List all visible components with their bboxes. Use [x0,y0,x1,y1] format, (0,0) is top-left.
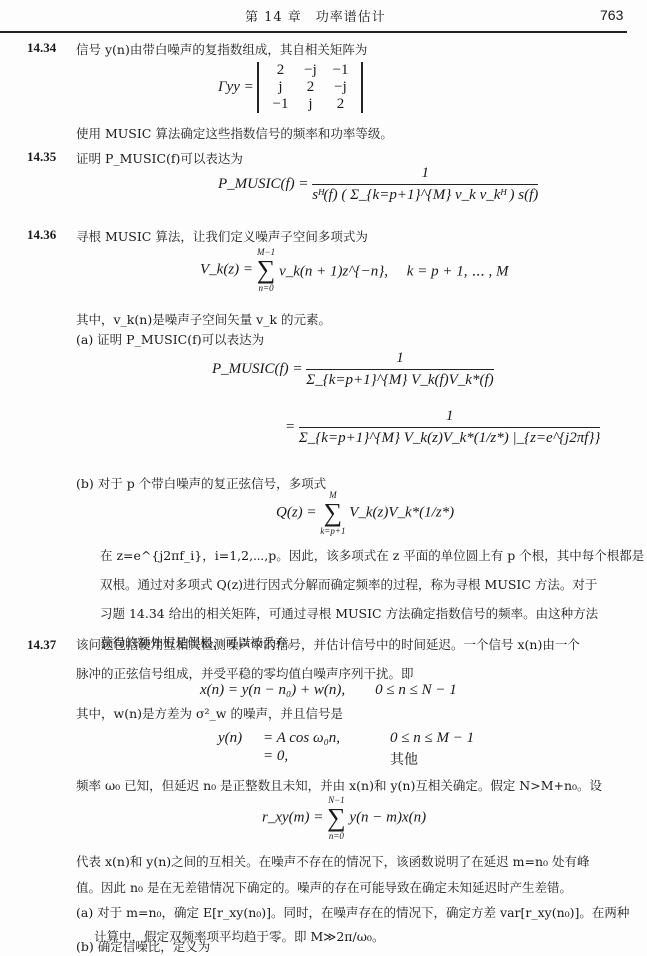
problem-number: 14.34 [27,40,56,56]
y-def-line1: = A cos ω₀n, [263,730,340,747]
book-page: 第 14 章 功率谱估计 763 14.34 信号 y(n)由带白噪声的复指数组… [0,0,647,956]
q-polynomial-equation: Q(z) = M ∑ k=p+1 V_k(z)V_k*(1/z*) [276,490,454,536]
denominator: sᴴ(f) ( Σ_{k=p+1}^{M} v_k v_kᴴ ) s(f) [312,185,538,204]
header-rule [0,31,627,33]
page-header: 第 14 章 功率谱估计 763 [0,4,647,28]
matrix-cell: j [295,96,325,113]
problem-text: 寻根 MUSIC 算法，让我们定义噪声子空间多项式为 [76,227,368,245]
equation-lhs: P_MUSIC(f) = [218,176,309,192]
denominator: Σ_{k=p+1}^{M} V_k(z)V_k*(1/z*) |_{z=e^{j… [299,428,601,447]
y-def-lhs: y(n) [218,730,242,747]
signal-equation: x(n) = y(n − n₀) + w(n), 0 ≤ n ≤ N − 1 [200,678,457,699]
matrix-cell: −j [325,79,355,96]
y-def-line2: = 0, [263,748,288,765]
matrix-cell: 2 [265,62,295,79]
sigma-icon: ∑ [327,803,346,832]
sigma-icon: ∑ [324,498,343,527]
equation-body: v_k(n + 1)z^{−n}, k = p + 1, ⋯ , M [279,264,508,280]
equation-body: y(n − m)x(n) [349,810,426,826]
paragraph-line: 习题 14.34 给出的相关矩阵，可通过寻根 MUSIC 方法确定指数信号的频率… [100,599,644,628]
problem-text: 频率 ω₀ 已知，但延迟 n₀ 是正整数且未知，并由 x(n)和 y(n)互相关… [76,776,602,794]
summation: M ∑ k=p+1 [320,490,345,536]
fraction: 1 sᴴ(f) ( Σ_{k=p+1}^{M} v_k v_kᴴ ) s(f) [312,165,538,204]
sum-lower: n=0 [327,831,346,841]
paragraph-line: 双根。通过对多项式 Q(z)进行因式分解而确定频率的过程，称为寻根 MUSIC … [100,570,644,599]
matrix-cell: −1 [265,96,295,113]
paragraph-line: (a) 对于 m=n₀，确定 E[r_xy(n₀)]。同时，在噪声存在的情况下，… [76,901,629,925]
equation-lhs: Q(z) = [276,505,317,521]
matrix-cell: j [265,79,295,96]
equation-lhs: P_MUSIC(f) = [212,361,303,377]
explanation-paragraph: 代表 x(n)和 y(n)之间的互相关。在噪声不存在的情况下，该函数说明了在延迟… [76,849,590,901]
matrix-cell: 2 [325,96,355,113]
problem-text: 其中，w(n)是方差为 σ²_w 的噪声，并且信号是 [76,704,343,722]
matrix-cell: −j [295,62,325,79]
chapter-title: 第 14 章 功率谱估计 [245,6,386,25]
problem-number: 14.36 [27,227,56,243]
numerator: 1 [306,350,493,370]
equation-body: V_k(z)V_k*(1/z*) [349,505,454,521]
fraction: 1 Σ_{k=p+1}^{M} V_k(f)V_k*(f) [306,350,493,389]
summation: N−1 ∑ n=0 [327,795,346,841]
summation: M−1 ∑ n=0 [257,247,276,293]
numerator: 1 [312,165,538,185]
part-b: (b) 确定信噪比，定义为 [76,937,210,955]
sum-lower: n=0 [257,283,276,293]
pmusic-equation: P_MUSIC(f) = 1 sᴴ(f) ( Σ_{k=p+1}^{M} v_k… [218,165,538,204]
matrix-label: Γyy = [218,79,254,95]
equation-lhs: V_k(z) = [200,262,253,278]
part-a-intro: (a) 证明 P_MUSIC(f)可以表达为 [76,330,264,348]
part-a-equation-1: P_MUSIC(f) = 1 Σ_{k=p+1}^{M} V_k(f)V_k*(… [212,350,494,389]
paragraph-line: 该问题包括使用互相关检测噪声中的信号，并估计信号中的时间延迟。一个信号 x(n)… [76,630,580,659]
y-def-cond1: 0 ≤ n ≤ M − 1 [390,730,474,747]
page-number: 763 [600,7,623,23]
part-a-equation-2: = 1 Σ_{k=p+1}^{M} V_k(z)V_k*(1/z*) |_{z=… [285,408,600,447]
matrix-cell: 2 [295,79,325,96]
problem-task: 使用 MUSIC 算法确定这些指数信号的频率和功率等级。 [76,124,393,142]
problem-number: 14.37 [27,637,56,653]
numerator: 1 [299,408,601,428]
paragraph-line: 代表 x(n)和 y(n)之间的互相关。在噪声不存在的情况下，该函数说明了在延迟… [76,849,590,875]
equation-lhs: r_xy(m) = [262,810,323,826]
sum-lower: k=p+1 [320,526,345,536]
equals-sign: = [285,419,295,435]
noise-polynomial-equation: V_k(z) = M−1 ∑ n=0 v_k(n + 1)z^{−n}, k =… [200,247,508,293]
problem-text: 其中，v_k(n)是噪声子空间矢量 v_k 的元素。 [76,310,331,328]
y-def-cond2: 其他 [390,749,418,769]
problem-text: 信号 y(n)由带白噪声的复指数组成，其自相关矩阵为 [76,40,367,58]
autocorrelation-matrix: Γyy = 2 −j −1 j 2 −j −1 j 2 [218,62,363,113]
fraction: 1 Σ_{k=p+1}^{M} V_k(z)V_k*(1/z*) |_{z=e^… [299,408,601,447]
sigma-icon: ∑ [257,255,276,284]
matrix-cell: −1 [325,62,355,79]
paragraph-line: 在 z=e^{j2πf_i}，i=1,2,⋯,p。因此，该多项式在 z 平面的单… [100,541,644,570]
denominator: Σ_{k=p+1}^{M} V_k(f)V_k*(f) [306,370,493,389]
cross-correlation-equation: r_xy(m) = N−1 ∑ n=0 y(n − m)x(n) [262,795,426,841]
matrix-body: 2 −j −1 j 2 −j −1 j 2 [257,62,363,113]
problem-number: 14.35 [27,149,56,165]
paragraph-line: 值。因此 n₀ 是在无差错情况下确定的。噪声的存在可能导致在确定未知延迟时产生差… [76,875,590,901]
